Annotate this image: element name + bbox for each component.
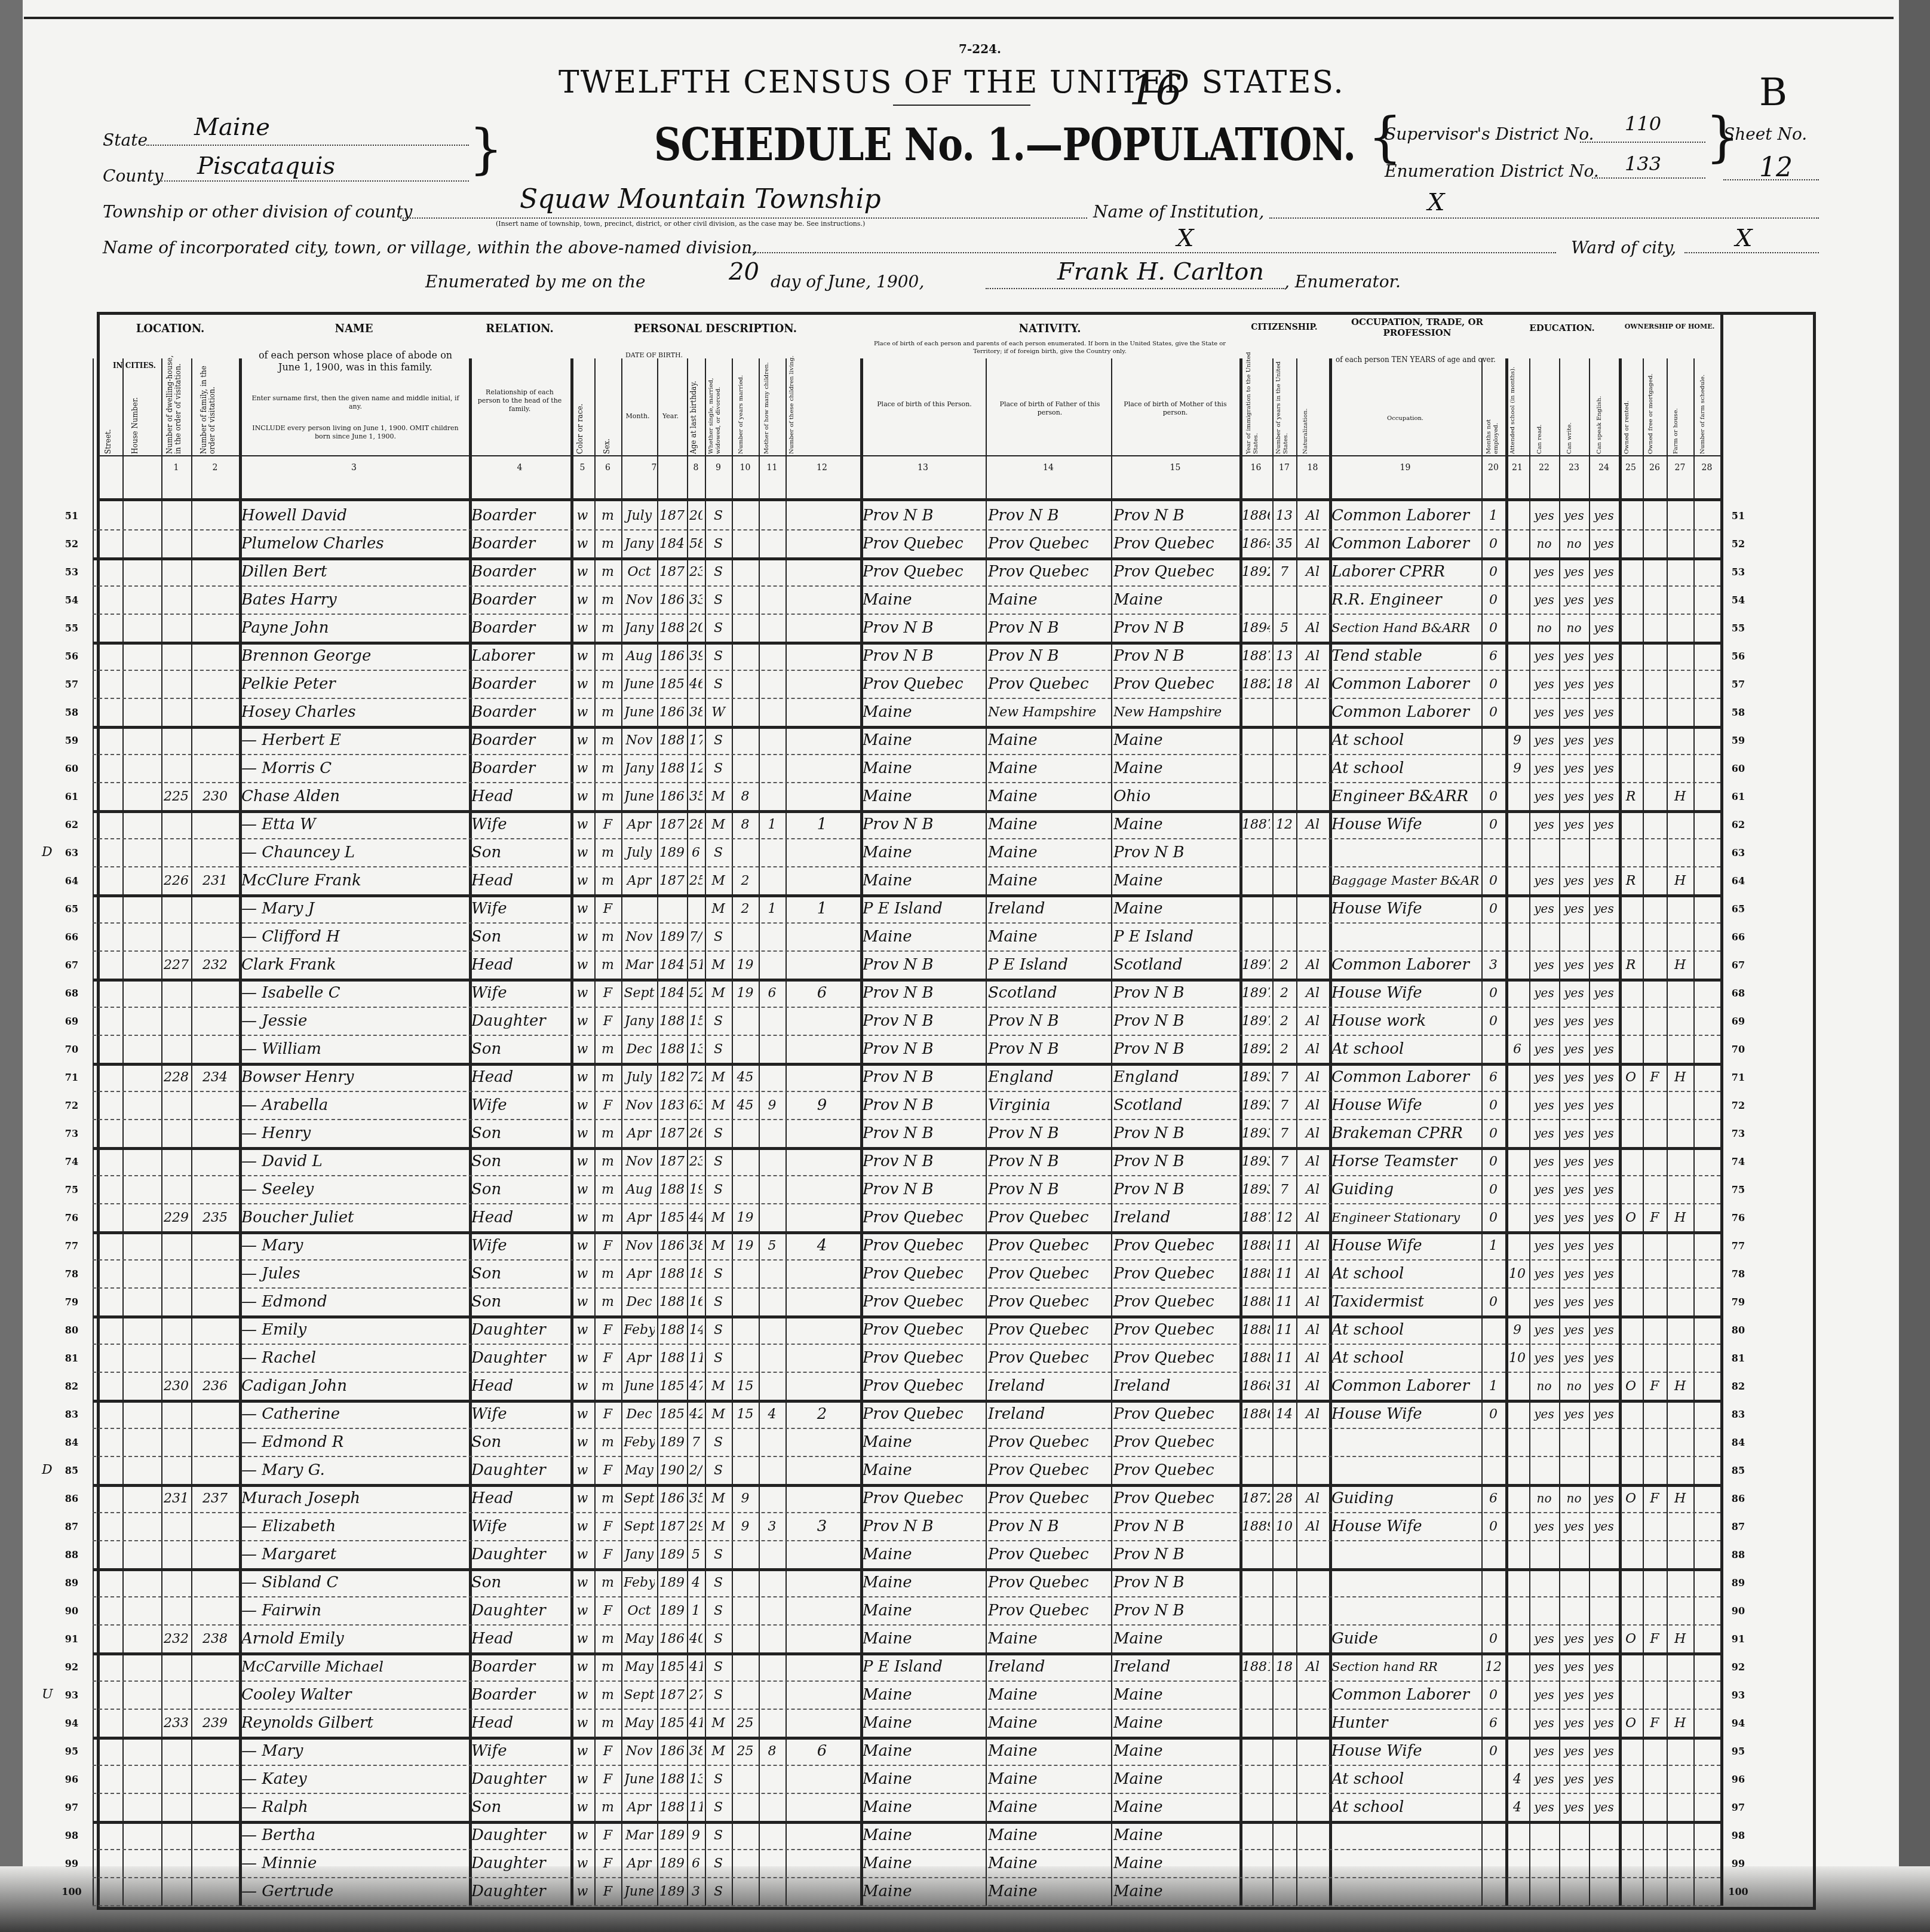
column-number: 26	[1643, 463, 1667, 473]
cell-yrs-us: 11	[1275, 1288, 1294, 1316]
cell-pob-mother: Prov Quebec	[1113, 558, 1237, 586]
cell-color: w	[573, 1035, 592, 1063]
cell-read: yes	[1532, 1653, 1557, 1681]
cell-immig: 1892	[1242, 558, 1270, 586]
cell-marital: S	[707, 530, 729, 558]
cell-sex: m	[597, 1176, 619, 1204]
cell-month: Nov	[624, 726, 655, 755]
cell-sex: F	[597, 895, 619, 923]
cell-marital: M	[707, 1232, 729, 1260]
cell-age: 41	[689, 1653, 702, 1681]
column-divider	[1296, 358, 1297, 1906]
cell-yrs-married: 19	[734, 1204, 756, 1232]
cell-sex: m	[597, 1428, 619, 1456]
cell-natur: Al	[1299, 1485, 1327, 1513]
cell-pob: Maine	[863, 698, 983, 726]
line-number-right: 89	[1726, 1577, 1750, 1588]
line-number-right: 68	[1726, 988, 1750, 999]
cell-occupation: House Wife	[1331, 1232, 1479, 1260]
cell-relation: Son	[471, 1148, 568, 1176]
cell-pob: Prov N B	[863, 979, 983, 1007]
line-number-right: 60	[1726, 763, 1750, 774]
cell-pob-mother: Prov Quebec	[1113, 1316, 1237, 1344]
mother-of-header: Mother of how many children.	[763, 352, 771, 454]
cell-unemployed: 6	[1484, 1485, 1503, 1513]
cell-read: yes	[1532, 1709, 1557, 1737]
cell-name: — Edmond R	[241, 1428, 467, 1456]
cell-read: yes	[1532, 867, 1557, 895]
cell-free: F	[1645, 1372, 1664, 1400]
cell-color: w	[573, 1232, 592, 1260]
cell-pob-father: Maine	[988, 1765, 1109, 1793]
incorporated-label: Name of incorporated city, town, or vill…	[103, 238, 757, 257]
cell-month: July	[624, 1063, 655, 1091]
cell-name: — Catherine	[241, 1400, 467, 1428]
cell-pob-father: Virginia	[988, 1091, 1109, 1120]
cell-english: yes	[1591, 895, 1616, 923]
cell-occupation: Tend stable	[1331, 642, 1479, 670]
cell-english: yes	[1591, 783, 1616, 811]
cell-color: w	[573, 1148, 592, 1176]
cell-occupation: At school	[1331, 1344, 1479, 1372]
cell-living: 3	[788, 1513, 856, 1541]
column-divider	[1643, 358, 1644, 1906]
cell-english: yes	[1591, 1400, 1616, 1428]
cell-write: yes	[1561, 1653, 1587, 1681]
cell-english: yes	[1591, 1344, 1616, 1372]
cell-write: yes	[1561, 1091, 1587, 1120]
cell-pob: Maine	[863, 1737, 983, 1765]
street-header: Street.	[105, 382, 113, 454]
cell-year: 1897	[659, 1878, 685, 1906]
cell-write: yes	[1561, 1288, 1587, 1316]
cell-yrs-us: 12	[1275, 1204, 1294, 1232]
cell-pob-father: Prov N B	[988, 1120, 1109, 1148]
margin-mark: D	[42, 1462, 53, 1477]
cell-occupation: House work	[1331, 1007, 1479, 1035]
cell-natur: Al	[1299, 1513, 1327, 1541]
cell-marital: S	[707, 1850, 729, 1878]
cell-month: Sept	[624, 1681, 655, 1709]
cell-age: 28	[689, 811, 702, 839]
cell-month: Apr	[624, 1850, 655, 1878]
cell-name: — Mary	[241, 1737, 467, 1765]
cell-marital: S	[707, 1176, 729, 1204]
state-value: Maine	[194, 114, 270, 141]
cell-unemployed: 0	[1484, 1176, 1503, 1204]
cell-read: yes	[1532, 670, 1557, 698]
cell-month: Nov	[624, 586, 655, 614]
cell-natur: Al	[1299, 1148, 1327, 1176]
cell-marital: S	[707, 1260, 729, 1288]
cell-relation: Wife	[471, 1400, 568, 1428]
cell-read: yes	[1532, 783, 1557, 811]
cell-color: w	[573, 1821, 592, 1850]
cell-month: Oct	[624, 1597, 655, 1625]
cell-name: — Isabelle C	[241, 979, 467, 1007]
cell-pob-mother: Prov N B	[1113, 1513, 1237, 1541]
cell-year: 1879	[659, 502, 685, 530]
cell-pob-father: Prov Quebec	[988, 1260, 1109, 1288]
cell-marital: S	[707, 1148, 729, 1176]
line-number-left: 89	[60, 1577, 84, 1588]
cell-write: yes	[1561, 1007, 1587, 1035]
cell-unemployed: 0	[1484, 1204, 1503, 1232]
cell-name: Chase Alden	[241, 783, 467, 811]
cell-year: 1872	[659, 811, 685, 839]
line-number-left: 98	[60, 1830, 84, 1841]
cell-marital: S	[707, 1344, 729, 1372]
line-number-right: 65	[1726, 903, 1750, 915]
column-number: 20	[1481, 463, 1505, 473]
line-number-right: 74	[1726, 1156, 1750, 1167]
cell-sex: F	[597, 1878, 619, 1906]
cell-marital: S	[707, 1765, 729, 1793]
cell-owned: R	[1621, 867, 1640, 895]
cell-age: 7/12	[689, 923, 702, 951]
cell-year: 1842	[659, 530, 685, 558]
cell-year: 1880	[659, 614, 685, 642]
line-number-left: 74	[60, 1156, 84, 1167]
column-number: 7	[621, 463, 687, 473]
cell-color: w	[573, 951, 592, 979]
line-number-left: 53	[60, 566, 84, 578]
cell-occupation: Laborer CPRR	[1331, 558, 1479, 586]
institution-line	[1269, 216, 1819, 219]
cell-name: — Morris C	[241, 755, 467, 783]
cell-year: 1889	[659, 1793, 685, 1821]
cell-immig: 1893	[1242, 1063, 1270, 1091]
cell-relation: Son	[471, 1793, 568, 1821]
line-number-right: 56	[1726, 651, 1750, 662]
cell-owned: R	[1621, 783, 1640, 811]
cell-occupation: Common Laborer	[1331, 698, 1479, 726]
cell-read: yes	[1532, 1063, 1557, 1091]
cell-write: yes	[1561, 502, 1587, 530]
cell-family: 239	[194, 1709, 237, 1737]
cell-pob-mother: Prov N B	[1113, 1007, 1237, 1035]
cell-pob: Maine	[863, 1569, 983, 1597]
cell-pob-father: Maine	[988, 1709, 1109, 1737]
cell-pob-mother: Prov Quebec	[1113, 1344, 1237, 1372]
birth-mother-header: Place of birth of Mother of this person.	[1114, 400, 1236, 417]
cell-dwelling: 233	[164, 1709, 189, 1737]
cell-unemployed: 0	[1484, 895, 1503, 923]
cell-unemployed: 1	[1484, 502, 1503, 530]
cell-month: Apr	[624, 1793, 655, 1821]
cell-name: — William	[241, 1035, 467, 1063]
cell-name: — Etta W	[241, 811, 467, 839]
cell-natur: Al	[1299, 1063, 1327, 1091]
cell-color: w	[573, 1260, 592, 1288]
immigration-header: Year of immigration to the United States…	[1245, 346, 1259, 454]
cell-occupation: House Wife	[1331, 1513, 1479, 1541]
cell-family: 231	[194, 867, 237, 895]
cell-pob: Maine	[863, 726, 983, 755]
cell-age: 19	[689, 1176, 702, 1204]
state-line	[146, 143, 469, 146]
cell-yrs-us: 7	[1275, 1063, 1294, 1091]
cell-occupation: Horse Teamster	[1331, 1148, 1479, 1176]
cell-yrs-us: 2	[1275, 1007, 1294, 1035]
cell-unemployed: 0	[1484, 698, 1503, 726]
cell-dwelling: 232	[164, 1625, 189, 1653]
line-number-right: 66	[1726, 931, 1750, 943]
cell-name: — Herbert E	[241, 726, 467, 755]
cell-name: Cadigan John	[241, 1372, 467, 1400]
cell-occupation: Taxidermist	[1331, 1288, 1479, 1316]
cell-immig: 1882	[1242, 670, 1270, 698]
cell-mother-of: 6	[761, 979, 783, 1007]
cell-unemployed: 6	[1484, 642, 1503, 670]
column-divider	[657, 358, 658, 1906]
column-divider	[93, 358, 94, 1906]
cell-color: w	[573, 1709, 592, 1737]
cell-age: 72	[689, 1063, 702, 1091]
cell-year: 1889	[659, 1344, 685, 1372]
cell-farm: H	[1669, 867, 1691, 895]
cell-month: Sept	[624, 979, 655, 1007]
cell-immig: 1887	[1242, 1204, 1270, 1232]
cell-free: F	[1645, 1204, 1664, 1232]
cell-immig: 1887	[1242, 811, 1270, 839]
cell-occupation: Common Laborer	[1331, 1372, 1479, 1400]
cell-pob-father: Maine	[988, 1793, 1109, 1821]
cell-name: Cooley Walter	[241, 1681, 467, 1709]
cell-name: — Emily	[241, 1316, 467, 1344]
cell-marital: M	[707, 1091, 729, 1120]
cell-year: 1862	[659, 698, 685, 726]
cell-write: yes	[1561, 867, 1587, 895]
cell-read: yes	[1532, 1204, 1557, 1232]
cell-month: Feby	[624, 1316, 655, 1344]
cell-age: 6	[689, 839, 702, 867]
cell-occupation: Engineer B&ARR	[1331, 783, 1479, 811]
cell-marital: S	[707, 1653, 729, 1681]
cell-natur: Al	[1299, 1120, 1327, 1148]
cell-color: w	[573, 558, 592, 586]
cell-occupation: At school	[1331, 1260, 1479, 1288]
cell-pob-father: Prov N B	[988, 502, 1109, 530]
incorporated-value: X	[1177, 225, 1193, 252]
column-number: 6	[594, 463, 621, 473]
cell-write: yes	[1561, 726, 1587, 755]
cell-occupation: Section Hand B&ARR	[1331, 614, 1479, 642]
line-number-right: 67	[1726, 959, 1750, 971]
cell-yrs-us: 7	[1275, 1176, 1294, 1204]
cell-unemployed: 0	[1484, 1681, 1503, 1709]
margin-mark: D	[42, 845, 53, 860]
cell-year: 1895	[659, 1541, 685, 1569]
cell-immig: 1886	[1242, 1400, 1270, 1428]
cell-age: 14	[689, 1316, 702, 1344]
cell-yrs-us: 28	[1275, 1485, 1294, 1513]
cell-occupation: At school	[1331, 1035, 1479, 1063]
cell-year: 1898	[659, 1597, 685, 1625]
line-number-right: 64	[1726, 875, 1750, 887]
cell-marital: M	[707, 979, 729, 1007]
cell-occupation: At school	[1331, 755, 1479, 783]
cell-pob: Prov N B	[863, 1035, 983, 1063]
cell-school: 10	[1508, 1344, 1527, 1372]
cell-yrs-us: 7	[1275, 558, 1294, 586]
cell-owned: O	[1621, 1625, 1640, 1653]
cell-marital: S	[707, 586, 729, 614]
cell-immig: 1864	[1242, 530, 1270, 558]
institution-label: Name of Institution,	[1093, 202, 1264, 222]
cell-pob: Maine	[863, 1541, 983, 1569]
cell-sex: m	[597, 698, 619, 726]
cell-name: McCarville Michael	[241, 1653, 467, 1681]
cell-pob: Prov N B	[863, 1148, 983, 1176]
cell-age: 13	[689, 1035, 702, 1063]
cell-marital: M	[707, 1485, 729, 1513]
cell-age: 1	[689, 1597, 702, 1625]
cell-write: no	[1561, 614, 1587, 642]
cell-write: no	[1561, 1372, 1587, 1400]
line-number-right: 57	[1726, 679, 1750, 690]
column-number: 28	[1693, 463, 1720, 473]
cell-month: Apr	[624, 1344, 655, 1372]
line-number-right: 82	[1726, 1381, 1750, 1392]
cell-year: 1885	[659, 1007, 685, 1035]
cell-relation: Head	[471, 867, 568, 895]
cell-dwelling: 230	[164, 1372, 189, 1400]
cell-pob: Prov N B	[863, 1120, 983, 1148]
cell-year: 1875	[659, 867, 685, 895]
cell-sex: F	[597, 1344, 619, 1372]
cell-marital: S	[707, 1681, 729, 1709]
cell-dwelling: 231	[164, 1485, 189, 1513]
cell-relation: Son	[471, 1288, 568, 1316]
cell-english: yes	[1591, 811, 1616, 839]
line-number-left: 58	[60, 707, 84, 718]
cell-sex: m	[597, 1485, 619, 1513]
line-number-left: 84	[60, 1437, 84, 1448]
cell-color: w	[573, 1653, 592, 1681]
cell-occupation: Common Laborer	[1331, 670, 1479, 698]
cell-age: 6	[689, 1850, 702, 1878]
cell-write: no	[1561, 530, 1587, 558]
line-number-right: 73	[1726, 1128, 1750, 1139]
cell-color: w	[573, 1878, 592, 1906]
cell-pob-mother: Maine	[1113, 811, 1237, 839]
cell-yrs-married: 8	[734, 783, 756, 811]
cell-occupation: At school	[1331, 1316, 1479, 1344]
cell-pob-father: Maine	[988, 839, 1109, 867]
cell-age: 4	[689, 1569, 702, 1597]
cell-pob-mother: Prov N B	[1113, 979, 1237, 1007]
cell-relation: Head	[471, 1709, 568, 1737]
cell-pob-mother: Maine	[1113, 726, 1237, 755]
cell-marital: S	[707, 1035, 729, 1063]
cell-read: yes	[1532, 1344, 1557, 1372]
cell-age: 46	[689, 670, 702, 698]
column-number: 23	[1559, 463, 1589, 473]
cell-sex: F	[597, 1541, 619, 1569]
township-note: (Insert name of township, town, precinct…	[496, 220, 865, 228]
cell-read: yes	[1532, 1148, 1557, 1176]
column-divider	[1559, 358, 1560, 1906]
cell-pob-father: Prov Quebec	[988, 558, 1109, 586]
cell-color: w	[573, 1176, 592, 1204]
cell-occupation: House Wife	[1331, 1091, 1479, 1120]
cell-pob-mother: Prov N B	[1113, 1035, 1237, 1063]
cell-marital: S	[707, 1288, 729, 1316]
enumerated-label: Enumerated by me on the	[425, 272, 646, 292]
cell-sex: F	[597, 1597, 619, 1625]
cell-pob-mother: Prov Quebec	[1113, 1428, 1237, 1456]
cell-pob-mother: Prov Quebec	[1113, 1232, 1237, 1260]
cell-pob-father: Maine	[988, 783, 1109, 811]
cell-name: Dillen Bert	[241, 558, 467, 586]
cell-pob: Prov Quebec	[863, 530, 983, 558]
cell-dwelling: 227	[164, 951, 189, 979]
cell-relation: Wife	[471, 811, 568, 839]
cell-unemployed: 1	[1484, 1232, 1503, 1260]
line-number-right: 93	[1726, 1689, 1750, 1701]
cell-unemployed: 0	[1484, 1737, 1503, 1765]
cell-pob-father: Maine	[988, 1850, 1109, 1878]
cell-owned: O	[1621, 1485, 1640, 1513]
cell-sex: m	[597, 1148, 619, 1176]
cell-read: yes	[1532, 1681, 1557, 1709]
line-number-left: 82	[60, 1381, 84, 1392]
cell-immig: 1872	[1242, 1485, 1270, 1513]
column-number: 10	[732, 463, 759, 473]
cell-color: w	[573, 811, 592, 839]
cell-read: yes	[1532, 951, 1557, 979]
cell-write: yes	[1561, 1793, 1587, 1821]
cell-relation: Boarder	[471, 755, 568, 783]
cell-pob-father: Maine	[988, 867, 1109, 895]
cell-name: Reynolds Gilbert	[241, 1709, 467, 1737]
cell-unemployed: 0	[1484, 1400, 1503, 1428]
cell-year: 1849	[659, 951, 685, 979]
line-number-left: 59	[60, 735, 84, 746]
cell-sex: F	[597, 1456, 619, 1485]
cell-unemployed: 0	[1484, 530, 1503, 558]
cell-sex: m	[597, 502, 619, 530]
cell-english: yes	[1591, 1316, 1616, 1344]
cell-color: w	[573, 1400, 592, 1428]
cell-age: 39	[689, 642, 702, 670]
cell-year: 1856	[659, 1204, 685, 1232]
cell-pob: Maine	[863, 1681, 983, 1709]
cell-sex: m	[597, 1260, 619, 1288]
cell-pob: Prov N B	[863, 951, 983, 979]
cell-free: F	[1645, 1063, 1664, 1091]
cell-month: Jany	[624, 1541, 655, 1569]
cell-family: 238	[194, 1625, 237, 1653]
cell-read: yes	[1532, 1232, 1557, 1260]
cell-month: Apr	[624, 1260, 655, 1288]
cell-unemployed: 0	[1484, 783, 1503, 811]
line-number-left: 99	[60, 1858, 84, 1869]
cell-occupation: Engineer Stationary	[1331, 1204, 1479, 1232]
cell-unemployed: 0	[1484, 979, 1503, 1007]
cell-english: yes	[1591, 1372, 1616, 1400]
write-header: Can write.	[1566, 382, 1573, 454]
cell-occupation: Common Laborer	[1331, 951, 1479, 979]
column-number: 16	[1239, 463, 1272, 473]
cell-pob-father: Prov N B	[988, 1035, 1109, 1063]
cell-color: w	[573, 1625, 592, 1653]
cell-write: yes	[1561, 1344, 1587, 1372]
sheet-letter: B	[1759, 70, 1787, 115]
cell-school: 10	[1508, 1260, 1527, 1288]
cell-living: 4	[788, 1232, 856, 1260]
